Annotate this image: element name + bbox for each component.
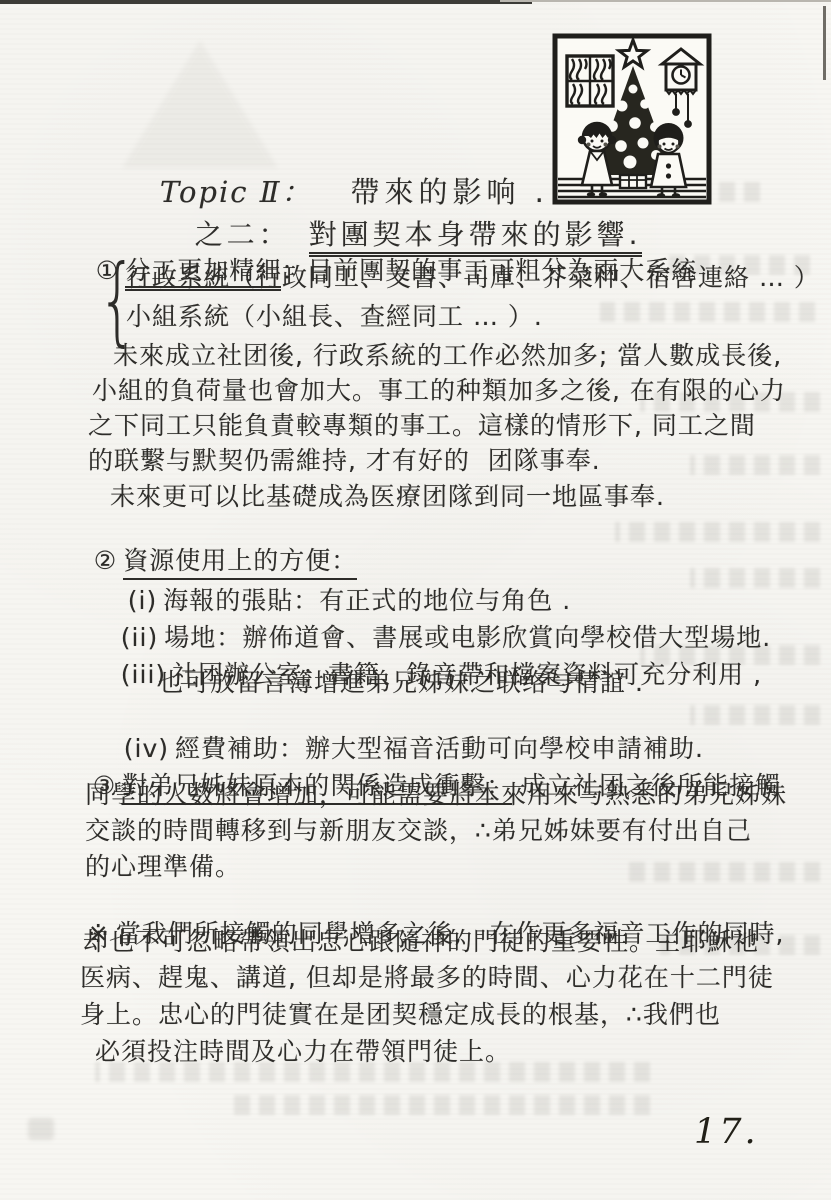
section-1-line-5: 未來更可以比基礎成為医療团隊到同一地區事奉. <box>110 477 665 513</box>
note-line-4: 身上。忠心的門徒實在是团契穩定成長的根基，∴我們也 <box>80 995 721 1031</box>
page-number: 17. <box>694 1112 759 1152</box>
section-1-line-2: 小組的負荷量也會加大。事工的种類加多之後, 在有限的心力 <box>92 371 786 407</box>
scan-edge-top <box>0 0 532 4</box>
child-right-icon <box>651 123 686 198</box>
note-line-3: 医病、趕鬼、講道, 但却是將最多的時間、心力花在十二門徒 <box>80 958 774 994</box>
section-3-line-1: 同學的人数將會增加，可能需要將本來用來与熟悉的弟兄姊妹 <box>85 775 787 811</box>
bleedthrough-text <box>690 455 820 475</box>
section-1-line-4: 的联繫与默契仍需維持, 才有好的 团隊事奉. <box>88 441 601 477</box>
note-line-2: 却也不可忽略帶領出忠心跟隨神的門徒的重要性。主耶穌祂 <box>83 922 759 958</box>
bleedthrough-text <box>230 1095 650 1115</box>
section-3-line-2: 交談的時間轉移到与新朋友交談，∴弟兄姊妹要有付出自己 <box>85 811 752 847</box>
brace-line-admin: 行政系統（行政同工、文書、司庫、芥菜种、宿舍連絡 … ） <box>126 258 820 294</box>
bleedthrough-text <box>625 862 820 882</box>
bleedthrough-text <box>690 568 820 588</box>
section-2-item-3-cont: 也可放留言簿增進弟兄姊妹之联络与情誼 . <box>158 663 644 699</box>
section-1-line-3: 之下同工只能負責較專類的事工。這樣的情形下, 同工之間 <box>88 406 756 442</box>
brace-line-smallgroup: 小組系統（小組長、查經同工 … ）. <box>126 297 543 333</box>
scan-edge-top-faint <box>500 0 831 2</box>
scan-edge-right <box>823 6 826 80</box>
bleedthrough-mark <box>28 1118 54 1140</box>
scanned-notebook-page: Topic Ⅱ：帶來的影响 . 之二：對團契本身帶來的影響. ①分工更加精細：目… <box>0 0 831 1200</box>
bleedthrough-text <box>615 522 820 542</box>
section-3-line-3: 的心理準備。 <box>85 847 241 883</box>
section-1-line-1: 未來成立社团後, 行政系統的工作必然加多; 當人數成長後, <box>113 336 782 372</box>
note-line-5: 必須投注時間及心力在帶領門徒上。 <box>95 1032 511 1068</box>
